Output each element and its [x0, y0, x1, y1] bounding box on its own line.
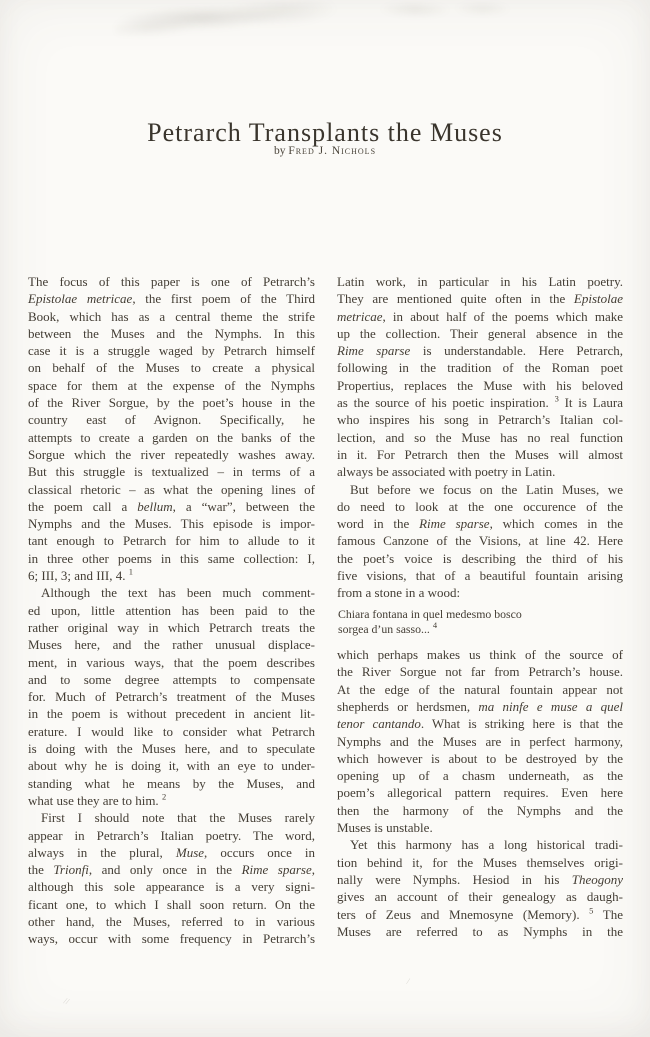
text-segment: always in the plural, — [28, 845, 176, 860]
text-line: always in the plural, Muse, occurs once … — [28, 844, 315, 861]
text-line: Muses are referred to as Nymphs in the — [337, 923, 623, 940]
text-line: Sorgue which the river repeatedly washes… — [28, 446, 315, 463]
paragraph: First I should note that the Muses rarel… — [28, 809, 315, 947]
text-segment: nally were Nymphs. Hesiod in his — [337, 872, 572, 887]
text-line: tion behind it, for the Muses themselves… — [337, 854, 623, 871]
text-line: ters of Zeus and Mnemosyne (Memory). 5 T… — [337, 906, 623, 923]
text-line: always be associated with poetry in Lati… — [337, 463, 623, 480]
byline: by Fred J. Nichols — [0, 145, 650, 157]
text-line: ed upon, little attention has been paid … — [28, 602, 315, 619]
text-segment: Epistolae metricae — [28, 291, 132, 306]
text-segment: word in the — [337, 516, 419, 531]
text-segment: Muse — [176, 845, 204, 860]
text-segment: , which comes in the — [490, 516, 623, 531]
text-line: Nymphs and the Muses are in perfect harm… — [337, 733, 623, 750]
text-segment: shepherds or herdsmen, — [337, 699, 478, 714]
text-segment: then the harmony of the Nymphs and the — [337, 803, 623, 818]
text-line: Muses is unstable. — [337, 819, 623, 836]
text-line: Muses here, and the rather unusual displ… — [28, 636, 315, 653]
text-segment: They are mentioned quite often in the — [337, 291, 574, 306]
text-segment: 6; III, 3; and III, 4. — [28, 568, 129, 583]
text-line: ways, occur with some frequency in Petra… — [28, 930, 315, 947]
text-segment: country east of Avignon. Specifically, h… — [28, 412, 315, 427]
text-segment: ma ninfe e muse a quel — [478, 699, 623, 714]
text-segment: other hand, the Muses, referred to in va… — [28, 914, 315, 929]
scanned-paper-page: // / Petrarch Transplants the Muses by F… — [0, 0, 650, 1037]
text-line: lection, and so the Muse has no real fun… — [337, 429, 623, 446]
text-segment: as the source of his poetic inspiration. — [337, 395, 555, 410]
text-segment: It is Laura — [559, 395, 623, 410]
text-segment: , in about half of the poems which make — [382, 309, 623, 324]
text-segment: erature. I would like to consider what P… — [28, 724, 315, 739]
text-line: famous Canzone of the Visions, at line 4… — [337, 532, 623, 549]
text-line: tant enough to Petrarch for him to allud… — [28, 532, 315, 549]
text-segment: in three other poems in this same collec… — [28, 551, 315, 566]
text-segment: metricae — [337, 309, 382, 324]
text-line: The focus of this paper is one of Petrar… — [28, 273, 315, 290]
text-segment: , a “war”, between the — [173, 499, 315, 514]
text-line: from a stone in a wood: — [337, 584, 623, 601]
text-line: metricae, in about half of the poems whi… — [337, 308, 623, 325]
text-segment: sorgea d’un sasso... — [338, 622, 433, 636]
text-line: which perhaps makes us think of the sour… — [337, 646, 623, 663]
text-line: on behalf of the Muses to create a physi… — [28, 359, 315, 376]
text-line: Chiara fontana in quel medesmo bosco — [338, 607, 623, 622]
text-line: Although the text has been much comment- — [28, 584, 315, 601]
scan-smudge — [370, 0, 520, 21]
text-segment: Nymphs and the Muses are in perfect harm… — [337, 734, 623, 749]
text-line: opening up of a chasm underneath, as the — [337, 767, 623, 784]
text-line: sorgea d’un sasso... 4 — [338, 622, 623, 637]
text-segment: Rime sparse — [419, 516, 489, 531]
text-segment: famous Canzone of the Visions, at line 4… — [337, 533, 623, 548]
footnote-marker: 4 — [433, 620, 437, 630]
text-segment: of the River Sorgue, by the poet’s house… — [28, 395, 315, 410]
text-line: do need to look at the one occurence of … — [337, 498, 623, 515]
text-segment: Sorgue which the river repeatedly washes… — [28, 447, 315, 462]
text-segment: . What is striking here is that the — [421, 716, 623, 731]
text-segment: Chiara fontana in quel medesmo bosco — [338, 607, 522, 621]
text-segment: opening up of a chasm underneath, as the — [337, 768, 623, 783]
text-line: for. Much of Petrarch’s treatment of the… — [28, 688, 315, 705]
text-segment: the River Sorgue not far from Petrarch’s… — [337, 664, 623, 679]
text-line: and to some degree attempts to compensat… — [28, 671, 315, 688]
text-line: the poet’s voice is describing the third… — [337, 550, 623, 567]
text-segment: bellum — [137, 499, 172, 514]
text-segment: gives an account of their genealogy as d… — [337, 889, 623, 904]
text-segment: Rime sparse — [337, 343, 410, 358]
text-line: appear in Petrarch’s Italian poetry. The… — [28, 827, 315, 844]
text-segment: the — [28, 862, 53, 877]
text-segment: But before we focus on the Latin Muses, … — [350, 482, 623, 497]
text-segment: the poem call a — [28, 499, 137, 514]
text-line: Propertius, replaces the Muse with his b… — [337, 377, 623, 394]
text-segment: for. Much of Petrarch’s treatment of the… — [28, 689, 315, 704]
text-line: then the harmony of the Nymphs and the — [337, 802, 623, 819]
text-segment: case it is a struggle waged by Petrarch … — [28, 343, 315, 358]
text-line: although this sole appearance is a very … — [28, 878, 315, 895]
text-segment: five visions, that of a beautiful founta… — [337, 568, 623, 583]
text-segment: The — [593, 907, 623, 922]
scan-speck: // — [62, 995, 70, 1006]
text-segment: Theogony — [572, 872, 623, 887]
text-line: between the Muses and the Nymphs. In thi… — [28, 325, 315, 342]
text-line: as the source of his poetic inspiration.… — [337, 394, 623, 411]
text-line: the poem call a bellum, a “war”, between… — [28, 498, 315, 515]
text-segment: , and only once in the — [89, 862, 242, 877]
text-segment: always be associated with poetry in Lati… — [337, 464, 555, 479]
text-segment: do need to look at the one occurence of … — [337, 499, 623, 514]
text-segment: which however is about to be destroyed b… — [337, 751, 623, 766]
text-segment: attempts to create a garden on the banks… — [28, 430, 315, 445]
text-segment: the poet’s voice is describing the third… — [337, 551, 623, 566]
text-line: shepherds or herdsmen, ma ninfe e muse a… — [337, 698, 623, 715]
paragraph: The focus of this paper is one of Petrar… — [28, 273, 315, 584]
text-segment: ment, in various ways, that the poem des… — [28, 655, 315, 670]
text-segment: in it. For Petrarch then the Muses will … — [337, 447, 623, 462]
text-segment: up the collection. Their general absence… — [337, 326, 623, 341]
text-line: First I should note that the Muses rarel… — [28, 809, 315, 826]
text-line: who inspires his song in Petrarch’s Ital… — [337, 411, 623, 428]
paragraph: Yet this harmony has a long historical t… — [337, 836, 623, 940]
text-line: case it is a struggle waged by Petrarch … — [28, 342, 315, 359]
text-line: Epistolae metricae, the first poem of th… — [28, 290, 315, 307]
byline-prefix: by — [274, 145, 288, 157]
text-line: ficant one, to which I shall soon return… — [28, 896, 315, 913]
text-line: standing what he means by the Muses, and — [28, 775, 315, 792]
text-line: following in the tradition of the Roman … — [337, 359, 623, 376]
text-segment: rather original way in which Petrarch tr… — [28, 620, 315, 635]
text-segment: Muses are referred to as Nymphs in the — [337, 924, 623, 939]
text-line: the Trionfi, and only once in the Rime s… — [28, 861, 315, 878]
block-quote: Chiara fontana in quel medesmo boscosorg… — [338, 607, 623, 637]
text-segment: tenor cantando — [337, 716, 421, 731]
text-segment: , — [312, 862, 315, 877]
text-segment: Propertius, replaces the Muse with his b… — [337, 378, 623, 393]
text-segment: Latin work, in particular in his Latin p… — [337, 274, 623, 289]
text-segment: Muses is unstable. — [337, 820, 433, 835]
text-segment: tion behind it, for the Muses themselves… — [337, 855, 623, 870]
text-segment: classical rhetoric – as what the opening… — [28, 482, 315, 497]
text-segment: , the first poem of the Third — [132, 291, 315, 306]
text-line: in the poem is without precedent in anci… — [28, 705, 315, 722]
text-segment: on behalf of the Muses to create a physi… — [28, 360, 315, 375]
text-segment: what use they are to him. — [28, 793, 162, 808]
text-line: in three other poems in this same collec… — [28, 550, 315, 567]
text-line: Latin work, in particular in his Latin p… — [337, 273, 623, 290]
text-segment: between the Muses and the Nymphs. In thi… — [28, 326, 315, 341]
text-line: poem’s allegorical pattern requires. Eve… — [337, 784, 623, 801]
text-segment: Rime sparse — [242, 862, 312, 877]
text-line: country east of Avignon. Specifically, h… — [28, 411, 315, 428]
scan-speck: / — [406, 976, 411, 986]
text-line: up the collection. Their general absence… — [337, 325, 623, 342]
text-segment: Although the text has been much comment- — [41, 585, 315, 600]
text-segment: appear in Petrarch’s Italian poetry. The… — [28, 828, 315, 843]
text-segment: ed upon, little attention has been paid … — [28, 603, 315, 618]
text-line: erature. I would like to consider what P… — [28, 723, 315, 740]
text-segment: about why he is doing it, with an eye to… — [28, 758, 315, 773]
text-segment: in the poem is without precedent in anci… — [28, 706, 315, 721]
text-segment: who inspires his song in Petrarch’s Ital… — [337, 412, 623, 427]
text-line: what use they are to him. 2 — [28, 792, 315, 809]
text-line: is doing with the Muses here, and to spe… — [28, 740, 315, 757]
text-line: classical rhetoric – as what the opening… — [28, 481, 315, 498]
text-segment: , occurs once in — [204, 845, 315, 860]
text-line: of the River Sorgue, by the poet’s house… — [28, 394, 315, 411]
text-segment: ways, occur with some frequency in Petra… — [28, 931, 315, 946]
text-segment: Nymphs and the Muses. This episode is im… — [28, 516, 315, 531]
text-segment: The focus of this paper is one of Petrar… — [28, 274, 315, 289]
footnote-marker: 2 — [162, 792, 166, 802]
text-segment: At the edge of the natural fountain appe… — [337, 682, 623, 697]
text-segment: from a stone in a wood: — [337, 585, 460, 600]
text-segment: space for them at the expense of the Nym… — [28, 378, 315, 393]
text-line: which however is about to be destroyed b… — [337, 750, 623, 767]
text-line: nally were Nymphs. Hesiod in his Theogon… — [337, 871, 623, 888]
text-line: word in the Rime sparse, which comes in … — [337, 515, 623, 532]
left-column: The focus of this paper is one of Petrar… — [28, 273, 315, 948]
author-name: Fred J. Nichols — [288, 145, 376, 157]
text-line: in it. For Petrarch then the Muses will … — [337, 446, 623, 463]
text-line: five visions, that of a beautiful founta… — [337, 567, 623, 584]
text-segment: Trionfi — [53, 862, 88, 877]
text-segment: tant enough to Petrarch for him to allud… — [28, 533, 315, 548]
text-segment: standing what he means by the Muses, and — [28, 776, 315, 791]
paragraph: But before we focus on the Latin Muses, … — [337, 481, 623, 602]
text-line: But before we focus on the Latin Muses, … — [337, 481, 623, 498]
text-line: attempts to create a garden on the banks… — [28, 429, 315, 446]
text-line: rather original way in which Petrarch tr… — [28, 619, 315, 636]
text-segment: Yet this harmony has a long historical t… — [350, 837, 623, 852]
text-line: They are mentioned quite often in the Ep… — [337, 290, 623, 307]
text-segment: although this sole appearance is a very … — [28, 879, 315, 894]
text-line: about why he is doing it, with an eye to… — [28, 757, 315, 774]
text-segment: Muses here, and the rather unusual displ… — [28, 637, 315, 652]
footnote-marker: 1 — [129, 567, 133, 577]
text-segment: and to some degree attempts to compensat… — [28, 672, 315, 687]
text-line: other hand, the Muses, referred to in va… — [28, 913, 315, 930]
text-line: Nymphs and the Muses. This episode is im… — [28, 515, 315, 532]
text-segment: lection, and so the Muse has no real fun… — [337, 430, 623, 445]
text-line: gives an account of their genealogy as d… — [337, 888, 623, 905]
text-segment: poem’s allegorical pattern requires. Eve… — [337, 785, 623, 800]
paragraph: Latin work, in particular in his Latin p… — [337, 273, 623, 481]
text-line: ment, in various ways, that the poem des… — [28, 654, 315, 671]
text-line: At the edge of the natural fountain appe… — [337, 681, 623, 698]
text-segment: is doing with the Muses here, and to spe… — [28, 741, 315, 756]
text-line: Yet this harmony has a long historical t… — [337, 836, 623, 853]
text-segment: is understandable. Here Petrarch, — [410, 343, 623, 358]
text-segment: But this struggle is textualized – in te… — [28, 464, 315, 479]
text-segment: Book, which has as a central theme the s… — [28, 309, 315, 324]
scan-smudge — [115, 0, 386, 39]
text-line: Rime sparse is understandable. Here Petr… — [337, 342, 623, 359]
text-segment: which perhaps makes us think of the sour… — [337, 647, 623, 662]
text-line: the River Sorgue not far from Petrarch’s… — [337, 663, 623, 680]
text-segment: First I should note that the Muses rarel… — [41, 810, 315, 825]
text-segment: following in the tradition of the Roman … — [337, 360, 623, 375]
text-line: space for them at the expense of the Nym… — [28, 377, 315, 394]
text-segment: ters of Zeus and Mnemosyne (Memory). — [337, 907, 589, 922]
paragraph: Although the text has been much comment-… — [28, 584, 315, 809]
text-line: Book, which has as a central theme the s… — [28, 308, 315, 325]
text-line: 6; III, 3; and III, 4. 1 — [28, 567, 315, 584]
text-segment: Epistolae — [574, 291, 623, 306]
text-line: But this struggle is textualized – in te… — [28, 463, 315, 480]
paragraph: which perhaps makes us think of the sour… — [337, 646, 623, 836]
text-segment: ficant one, to which I shall soon return… — [28, 897, 315, 912]
text-line: tenor cantando. What is striking here is… — [337, 715, 623, 732]
right-column: Latin work, in particular in his Latin p… — [337, 273, 623, 940]
